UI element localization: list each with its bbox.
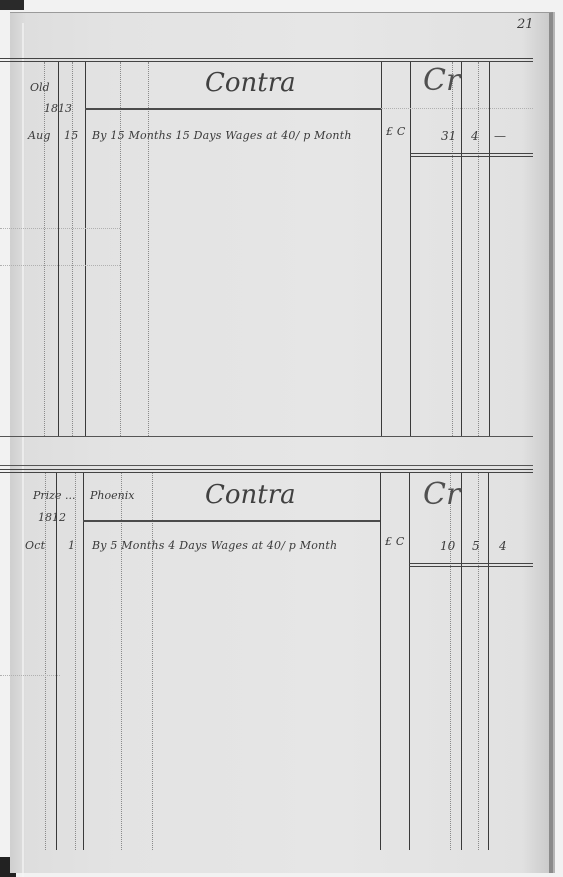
account-title: Contra xyxy=(205,482,296,508)
guide-rule xyxy=(0,228,120,229)
column-rule-date xyxy=(58,62,59,436)
header-rule xyxy=(0,469,533,473)
header-left-label: Old xyxy=(30,82,50,93)
entry-pounds: 10 xyxy=(440,540,455,552)
entry-shillings: 5 xyxy=(472,540,480,552)
column-rule-day xyxy=(85,62,86,436)
scan-edge xyxy=(0,0,24,10)
entry-description: By 5 Months 4 Days Wages at 40/ p Month xyxy=(92,540,337,551)
header-year: 1813 xyxy=(44,103,72,114)
column-rule-description xyxy=(381,62,382,436)
credit-label: Cr xyxy=(423,480,460,510)
entry-folio: £ C xyxy=(385,536,405,547)
guide-rule xyxy=(452,62,453,436)
guide-rule xyxy=(72,62,73,436)
guide-rule xyxy=(0,265,120,266)
guide-rule xyxy=(44,62,45,436)
entry-pence: — xyxy=(494,130,506,142)
column-rule-day xyxy=(83,473,84,850)
header-year: 1812 xyxy=(38,512,66,523)
entry-pence: 4 xyxy=(499,540,507,552)
guide-rule xyxy=(478,62,479,436)
guide-rule xyxy=(45,473,46,850)
entry-pounds: 31 xyxy=(441,130,456,142)
page-number: 21 xyxy=(517,18,534,31)
guide-rule xyxy=(478,473,479,850)
vessel-name: Phoenix xyxy=(90,490,134,501)
entry-month: Oct xyxy=(25,540,45,551)
entry-day: 1 xyxy=(68,540,75,551)
entry-folio: £ C xyxy=(386,126,406,137)
guide-rule xyxy=(0,675,60,676)
entry-day: 15 xyxy=(64,130,78,141)
column-rule-date xyxy=(56,473,57,850)
binding-gutter xyxy=(22,23,24,877)
column-rule-folio xyxy=(409,473,410,850)
column-rule-shillings xyxy=(489,62,490,436)
header-rule xyxy=(0,58,533,62)
separator-rule xyxy=(0,465,533,466)
column-rule-pounds xyxy=(461,62,462,436)
column-rule-pounds xyxy=(461,473,462,850)
guide-rule xyxy=(121,473,122,850)
title-underline xyxy=(85,108,381,110)
guide-rule xyxy=(148,62,149,436)
title-underline xyxy=(83,520,380,522)
entry-shillings: 4 xyxy=(471,130,479,142)
guide-rule xyxy=(75,473,76,850)
column-rule-shillings xyxy=(488,473,489,850)
credit-label: Cr xyxy=(423,66,460,96)
guide-rule xyxy=(120,62,121,436)
total-rule xyxy=(410,153,533,157)
column-rule-folio xyxy=(410,62,411,436)
account-bottom-rule xyxy=(0,436,533,437)
column-rule-description xyxy=(380,473,381,850)
total-rule xyxy=(409,563,533,567)
guide-rule xyxy=(450,473,451,850)
header-left-label: Prize ... xyxy=(33,490,75,501)
entry-description: By 15 Months 15 Days Wages at 40/ p Mont… xyxy=(92,130,352,141)
account-title: Contra xyxy=(205,70,296,96)
entry-month: Aug xyxy=(28,130,51,141)
guide-rule xyxy=(381,108,533,109)
guide-rule xyxy=(152,473,153,850)
